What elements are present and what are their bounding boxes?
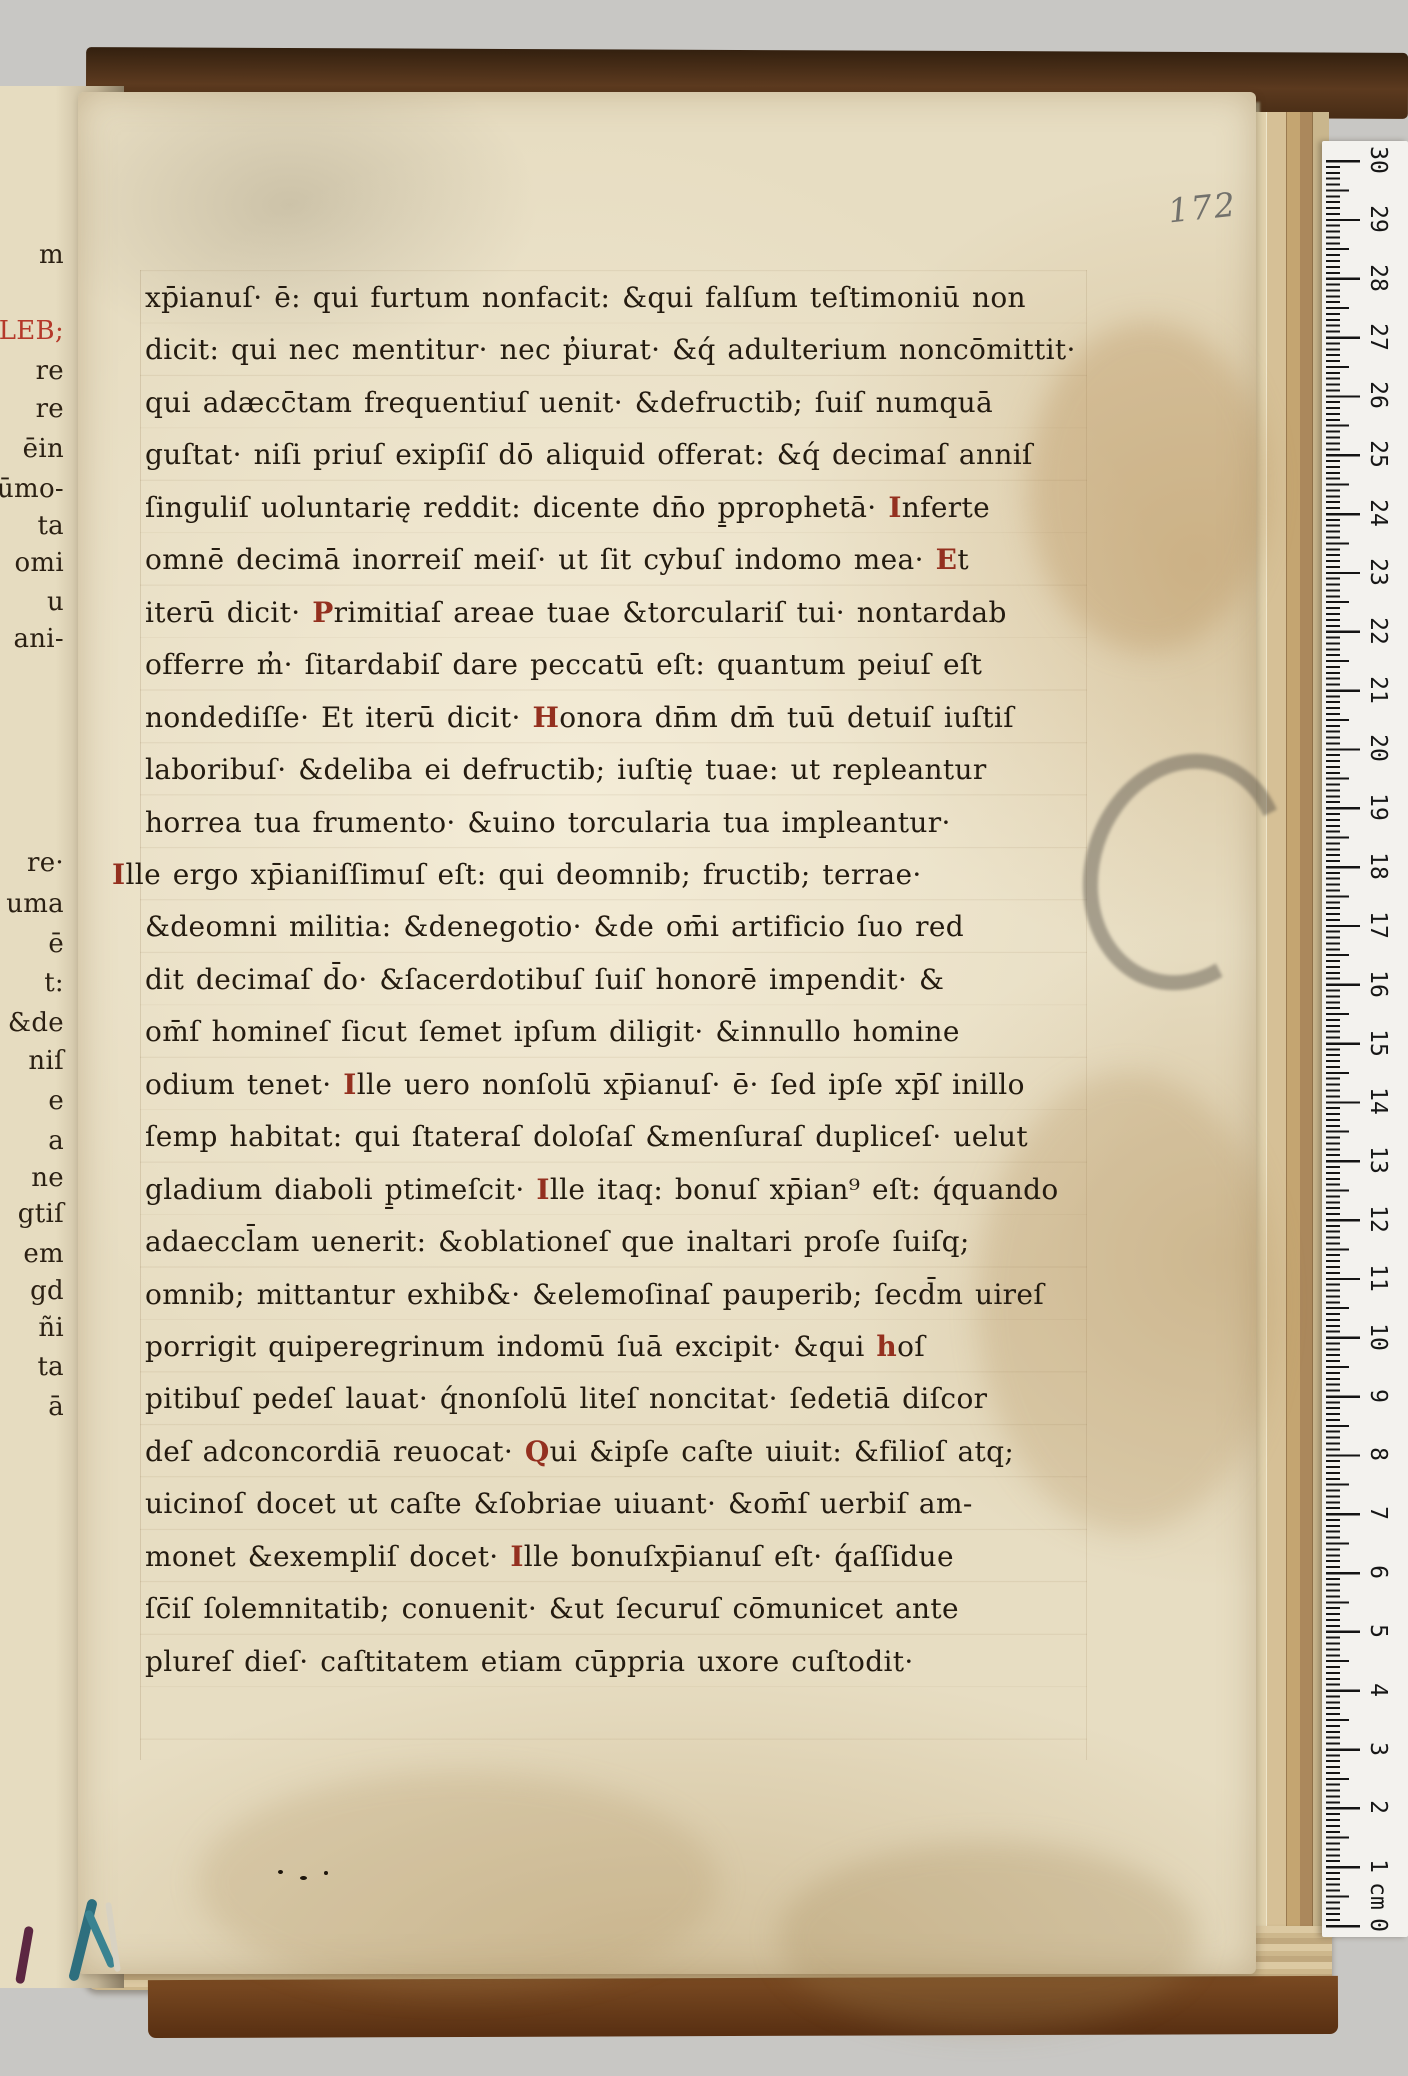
rubric-initial: I [536,1173,549,1206]
text-line: pitibuſ pedeſ lauat· q́nonſolū liteſ non… [145,1382,1093,1415]
text-line: ſc̄iſ ſolemnitatib; conuenit· &ut ſecuru… [145,1592,1093,1625]
ink-text: deſ adconcordiā reuocat· [145,1435,525,1468]
text-line: qui adæcc̄tam frequentiuſ uenit· &defruc… [145,386,1093,419]
ink-text: nondediſſe· Et iterū dicit· [145,701,532,734]
ink-text: t [957,543,969,576]
ruler-unit-label: cm [1365,1882,1391,1910]
ink-text: lle ergo xp̄ianiſſimuſ eſt: qui deomnib;… [125,858,921,891]
ink-text: onora dn̄m dm̄ tuū detuiſ iuſtiſ [559,701,1014,734]
ruler-number: 14 [1365,1088,1391,1116]
ruler-number: 2 [1365,1800,1391,1814]
ink-text: ſc̄iſ ſolemnitatib; conuenit· &ut ſecuru… [145,1592,959,1625]
ink-text: pitibuſ pedeſ lauat· q́nonſolū liteſ non… [145,1382,987,1415]
text-line: plureſ dieſ· caſtitatem etiam cūppria ux… [145,1645,1093,1678]
ruler-number: 17 [1365,911,1391,939]
ink-text: adaeccl̄am uenerit: &oblationeſ que inal… [145,1225,970,1258]
text-line: om̄ſ homineſ ſicut ſemet ipſum diligit· … [145,1015,1093,1048]
ruler-number: 13 [1365,1146,1391,1174]
text-line: iterū dicit· Primitiaſ areae tuae &torcu… [145,596,1093,629]
ruler-number: 0 [1365,1918,1391,1932]
ink-text: guſtat· niſi priuſ exipſiſ dō aliquid of… [145,438,1033,471]
text-line: xp̄ianuſ· ē: qui furtum nonfacit: &qui f… [145,281,1093,314]
ruler-number: 3 [1365,1742,1391,1756]
ruler-number: 24 [1365,499,1391,527]
ink-text: nferte [902,491,990,524]
ink-text: porrigit quiperegrinum indomū ſuā excipi… [145,1330,876,1363]
ink-text: lle itaq: bonuſ xp̄ian⁹ eſt: q́quando [550,1173,1059,1206]
ruler-number: 7 [1365,1506,1391,1520]
ink-text: offerre m̓· ſitardabiſ dare peccatū eſt:… [145,648,982,681]
ink-text: ſinguliſ uoluntarię reddit: dicente dn̄o… [145,491,888,524]
ink-text: iterū dicit· [145,596,312,629]
ruler-number: 30 [1365,146,1391,174]
ink-text: om̄ſ homineſ ſicut ſemet ipſum diligit· … [145,1015,960,1048]
text-line: monet &exempliſ docet· Ille bonuſxp̄ianu… [145,1540,1093,1573]
text-block: xp̄ianuſ· ē: qui furtum nonfacit: &qui f… [78,92,1256,1974]
text-line: adaeccl̄am uenerit: &oblationeſ que inal… [145,1225,1093,1258]
ink-text: omnib; mittantur exhib&· &elemoſinaſ pau… [145,1278,1044,1311]
manuscript-page: xp̄ianuſ· ē: qui furtum nonfacit: &qui f… [78,92,1256,1974]
rubric-initial: I [343,1068,356,1101]
ink-text: dicit: qui nec mentitur· nec p̓iurat· &q… [145,333,1076,366]
ink-text: laboribuſ· &deliba ei defructib; iuſtię … [145,753,987,786]
ink-text: gladium diaboli p̱timeſcit· [145,1173,536,1206]
ink-text: uicinoſ docet ut caſte &ſobriae uiuant· … [145,1487,973,1520]
text-line: omnib; mittantur exhib&· &elemoſinaſ pau… [145,1278,1093,1311]
ink-text: &deomni militia: &denegotio· &de om̄i ar… [145,910,964,943]
ink-text: odium tenet· [145,1068,343,1101]
ink-text: ui &ipſe caſte uiuit: &filioſ atq; [550,1435,1015,1468]
text-line: horrea tua frumento· &uino torcularia tu… [145,806,1093,839]
ink-text: plureſ dieſ· caſtitatem etiam cūppria ux… [145,1645,914,1678]
ruler-number: 20 [1365,735,1391,763]
ink-text: horrea tua frumento· &uino torcularia tu… [145,806,951,839]
ruler-number: 21 [1365,676,1391,704]
ruler-number: 19 [1365,793,1391,821]
ink-speck [278,1870,283,1874]
ruler-number: 16 [1365,970,1391,998]
ruler-number: 8 [1365,1447,1391,1461]
ruler-ticks-cm [1326,160,1360,1929]
ruler-number: 25 [1365,440,1391,468]
ruler-number: 11 [1365,1264,1391,1292]
text-line: uicinoſ docet ut caſte &ſobriae uiuant· … [145,1487,1093,1520]
ink-text: qui adæcc̄tam frequentiuſ uenit· &defruc… [145,386,993,419]
rubric-initial: h [876,1330,897,1363]
manuscript-photo: mLEB;rereēinūmo-taomiuani-re·umaēt:&deni… [0,0,1408,2076]
text-line: porrigit quiperegrinum indomū ſuā excipi… [145,1330,1093,1363]
text-line: deſ adconcordiā reuocat· Qui &ipſe caſte… [145,1435,1093,1468]
text-line: dit decimaſ d̄o· &ſacerdotibuſ ſuiſ hono… [145,963,1093,996]
text-line: odium tenet· Ille uero nonſolū xp̄ianuſ·… [145,1068,1093,1101]
ink-text: lle uero nonſolū xp̄ianuſ· ē· ſed ipſe x… [357,1068,1025,1101]
ink-speck [324,1871,328,1875]
rubric-initial: I [888,491,901,524]
text-line: laboribuſ· &deliba ei defructib; iuſtię … [145,753,1093,786]
ink-text: xp̄ianuſ· ē: qui furtum nonfacit: &qui f… [145,281,1026,314]
text-line: dicit: qui nec mentitur· nec p̓iurat· &q… [145,333,1093,366]
page-edges-right [1286,112,1301,1937]
ruler-number: 28 [1365,264,1391,292]
ruler-number: 12 [1365,1205,1391,1233]
rubric-initial: H [532,701,559,734]
rubric-initial: P [312,596,333,629]
ruler-number: 10 [1365,1323,1391,1351]
rubric-initial: Q [525,1435,550,1468]
ruler: 0cm1234567891011121314151617181920212223… [1322,141,1408,1937]
ruler-number: 5 [1365,1624,1391,1638]
ruler-number: 4 [1365,1683,1391,1697]
ink-text: monet &exempliſ docet· [145,1540,510,1573]
ruler-number: 9 [1365,1389,1391,1403]
ruler-number: 15 [1365,1029,1391,1057]
page-edges-right [1256,112,1266,1937]
ruler-number: 1 [1365,1859,1391,1873]
rubric-initial: I [112,858,125,891]
ink-speck [300,1876,307,1880]
text-line: &deomni militia: &denegotio· &de om̄i ar… [145,910,1093,943]
ruler-number: 6 [1365,1565,1391,1579]
text-line: omnē decimā inorreiſ meiſ· ut ſit cybuſ … [145,543,1093,576]
page-edges-right [1300,112,1312,1937]
ink-text: lle bonuſxp̄ianuſ eſt· q́aſſidue [524,1540,954,1573]
ruler-number: 27 [1365,323,1391,351]
text-line: offerre m̓· ſitardabiſ dare peccatū eſt:… [145,648,1093,681]
ruler-number: 22 [1365,617,1391,645]
ruler-number: 26 [1365,382,1391,410]
ink-text: dit decimaſ d̄o· &ſacerdotibuſ ſuiſ hono… [145,963,944,996]
text-line: ſinguliſ uoluntarię reddit: dicente dn̄o… [145,491,1093,524]
ruler-number: 29 [1365,205,1391,233]
text-line: Ille ergo xp̄ianiſſimuſ eſt: qui deomnib… [145,858,1093,891]
ink-text: omnē decimā inorreiſ meiſ· ut ſit cybuſ … [145,543,936,576]
ink-text: oſ [897,1330,925,1363]
folio-number: 172 [1166,185,1239,231]
text-line: guſtat· niſi priuſ exipſiſ dō aliquid of… [145,438,1093,471]
ink-text: ſemp habitat: qui ſtateraſ doloſaſ &menſ… [145,1120,1028,1153]
text-line: nondediſſe· Et iterū dicit· Honora dn̄m … [145,701,1093,734]
page-edges-right [1266,112,1287,1937]
text-line: ſemp habitat: qui ſtateraſ doloſaſ &menſ… [145,1120,1093,1153]
rubric-initial: E [936,543,958,576]
ink-text: rimitiaſ areae tuae &torculariſ tui· non… [334,596,1007,629]
ruler-number: 18 [1365,852,1391,880]
rubric-initial: I [510,1540,523,1573]
ruler-number: 23 [1365,558,1391,586]
text-line: gladium diaboli p̱timeſcit· Ille itaq: b… [145,1173,1093,1206]
